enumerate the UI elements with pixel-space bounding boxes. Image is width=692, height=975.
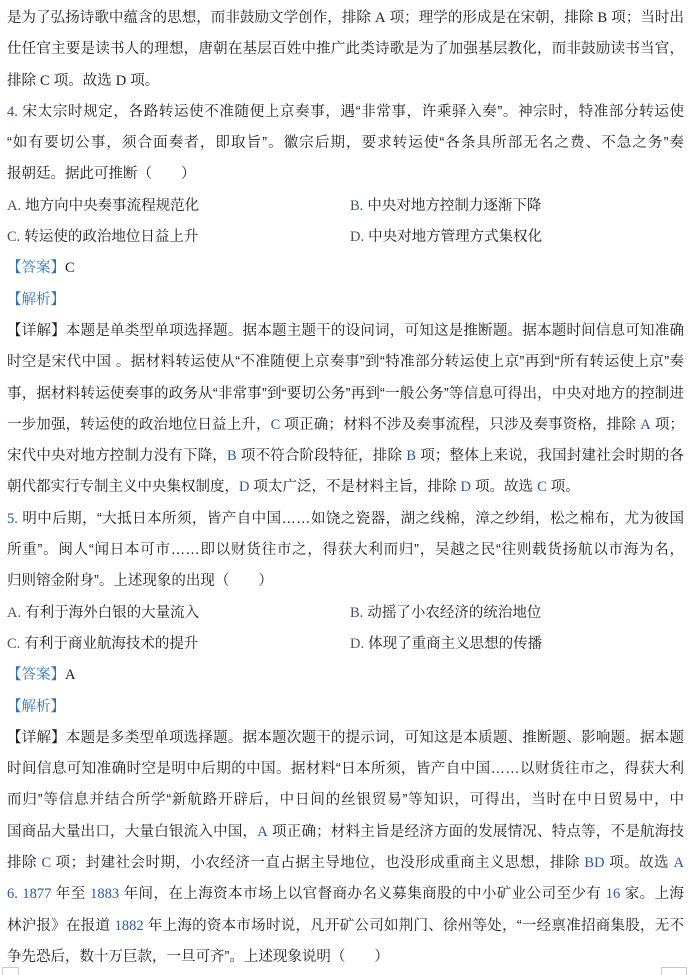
- option-row: C. 有利于商业航海技术的提升D. 体现了重商主义思想的传播: [7, 629, 684, 660]
- question-4-stem: 报朝廷。据此可推断（ ）: [7, 159, 684, 190]
- option-text: 体现了重商主义思想的传播: [364, 636, 542, 652]
- explanation-text-line: 【详解】本题是多类型单项选择题。据本题次题干的提示词，可知这是本质题、推断题、影…: [7, 723, 684, 754]
- option-b: B. 动摇了小农经济的统治地位: [350, 598, 684, 629]
- option-letter: C.: [7, 229, 20, 245]
- question-6-stem: 争先恐后，数十万巨款，一旦可齐”。上述现象说明（ ）: [7, 942, 684, 973]
- analysis-label: 【解析】: [7, 692, 684, 723]
- option-text: 有利于商业航海技术的提升: [20, 636, 198, 652]
- option-text: 中央对地方控制力逐渐下降: [363, 198, 541, 214]
- analysis-label: 【解析】: [7, 285, 684, 316]
- explanation-text-line: 排除 C 项；封建社会时期，小农经济一直占据主导地位，也没形成重商主义思想，排除…: [7, 848, 684, 879]
- document-body: 是为了弘扬诗歌中蕴含的思想，而非鼓励文学创作，排除 A 项；理学的形成是在宋朝，…: [7, 3, 684, 973]
- explanation-text-line: 时间信息可知准确时空是明中后期的中国。据材料“日本所须，皆产自中国……以财货往市…: [7, 754, 684, 785]
- question-4-stem: “如有要切公事，须合面奏者，即取旨”。徽宗后期，要求转运使“各条具所部无名之费、…: [7, 128, 684, 159]
- document-page: 是为了弘扬诗歌中蕴含的思想，而非鼓励文学创作，排除 A 项；理学的形成是在宋朝，…: [0, 0, 692, 975]
- answer-line: 【答案】A: [7, 660, 684, 691]
- option-row: A. 地方向中央奏事流程规范化B. 中央对地方控制力逐渐下降: [7, 191, 684, 222]
- explanation-text-line: 宋代中央对地方控制力没有下降，B 项不符合阶段特征，排除 B 项；整体上来说，我…: [7, 441, 684, 472]
- option-text: 有利于海外白银的大量流入: [21, 605, 199, 621]
- explanation-text-line: 时空是宋代中国 。据材料转运使从“不准随便上京奏事”到“特准部分转运使上京”再到…: [7, 347, 684, 378]
- answer-line: 【答案】C: [7, 253, 684, 284]
- option-text: 中央对地方管理方式集权化: [364, 229, 542, 245]
- explanation-text-line: 是为了弘扬诗歌中蕴含的思想，而非鼓励文学创作，排除 A 项；理学的形成是在宋朝，…: [7, 3, 684, 34]
- explanation-text-line: 事，据材料转运使奏事的政务从“非常事”到“要切公务”再到“一般公务”等信息可得出…: [7, 379, 684, 410]
- option-d: D. 中央对地方管理方式集权化: [350, 222, 684, 253]
- option-letter: B.: [350, 198, 363, 214]
- option-row: C. 转运使的政治地位日益上升D. 中央对地方管理方式集权化: [7, 222, 684, 253]
- explanation-text-line: 排除 C 项。故选 D 项。: [7, 66, 684, 97]
- option-letter: A.: [7, 198, 21, 214]
- option-c: C. 有利于商业航海技术的提升: [7, 629, 350, 660]
- question-5-stem: 归则镕金附身”。上述现象的出现（ ）: [7, 566, 684, 597]
- option-letter: C.: [7, 636, 20, 652]
- option-row: A. 有利于海外白银的大量流入B. 动摇了小农经济的统治地位: [7, 598, 684, 629]
- option-letter: B.: [350, 605, 363, 621]
- explanation-text-line: 国商品大量出口，大量白银流入中国，A 项正确；材料主旨是经济方面的发展情况、特点…: [7, 817, 684, 848]
- question-6-stem: 6. 1877 年至 1883 年间，在上海资本市场上以官督商办名义募集商股的中…: [7, 879, 684, 910]
- option-text: 地方向中央奏事流程规范化: [21, 198, 199, 214]
- explanation-text-line: 仕任官主要是读书人的理想，唐朝在基层百姓中推广此类诗歌是为了加强基层教化，而非鼓…: [7, 34, 684, 65]
- cutoff-table-corner-left: [2, 967, 19, 975]
- option-c: C. 转运使的政治地位日益上升: [7, 222, 350, 253]
- explanation-text-line: 一步加强，转运使的政治地位日益上升，C 项正确；材料不涉及奏事流程，只涉及奏事资…: [7, 410, 684, 441]
- question-4-stem: 4. 宋太宗时规定，各路转运使不准随便上京奏事，遇“非常事，许乘驿入奏”。神宗时…: [7, 97, 684, 128]
- option-d: D. 体现了重商主义思想的传播: [350, 629, 684, 660]
- option-b: B. 中央对地方控制力逐渐下降: [350, 191, 684, 222]
- option-letter: A.: [7, 605, 21, 621]
- explanation-text-line: 而归”等信息并结合所学“新航路开辟后，中日间的丝银贸易”等知识，可得出，当时在中…: [7, 785, 684, 816]
- explanation-text-line: 【详解】本题是单类型单项选择题。据本题主题干的设问词，可知这是推断题。据本题时间…: [7, 316, 684, 347]
- option-a: A. 有利于海外白银的大量流入: [7, 598, 350, 629]
- option-letter: D.: [350, 636, 364, 652]
- question-6-stem: 林沪报》在报道 1882 年上海的资本市场时说，凡开矿公司如荆门、徐州等处，“一…: [7, 911, 684, 942]
- option-letter: D.: [350, 229, 364, 245]
- question-5-stem: 5. 明中后期，“大抵日本所须，皆产自中国……如饶之瓷器，湖之线棉，漳之纱绢，松…: [7, 504, 684, 535]
- explanation-text-line: 朝代都实行专制主义中央集权制度，D 项太广泛，不是材料主旨，排除 D 项。故选 …: [7, 472, 684, 503]
- option-a: A. 地方向中央奏事流程规范化: [7, 191, 350, 222]
- option-text: 转运使的政治地位日益上升: [20, 229, 198, 245]
- option-text: 动摇了小农经济的统治地位: [363, 605, 541, 621]
- cutoff-table-corner-right: [661, 967, 687, 975]
- question-5-stem: 所重”。闽人“闻日本可市……即以财货往市之，得获大利而归”，吴越之民“往则载货扬…: [7, 535, 684, 566]
